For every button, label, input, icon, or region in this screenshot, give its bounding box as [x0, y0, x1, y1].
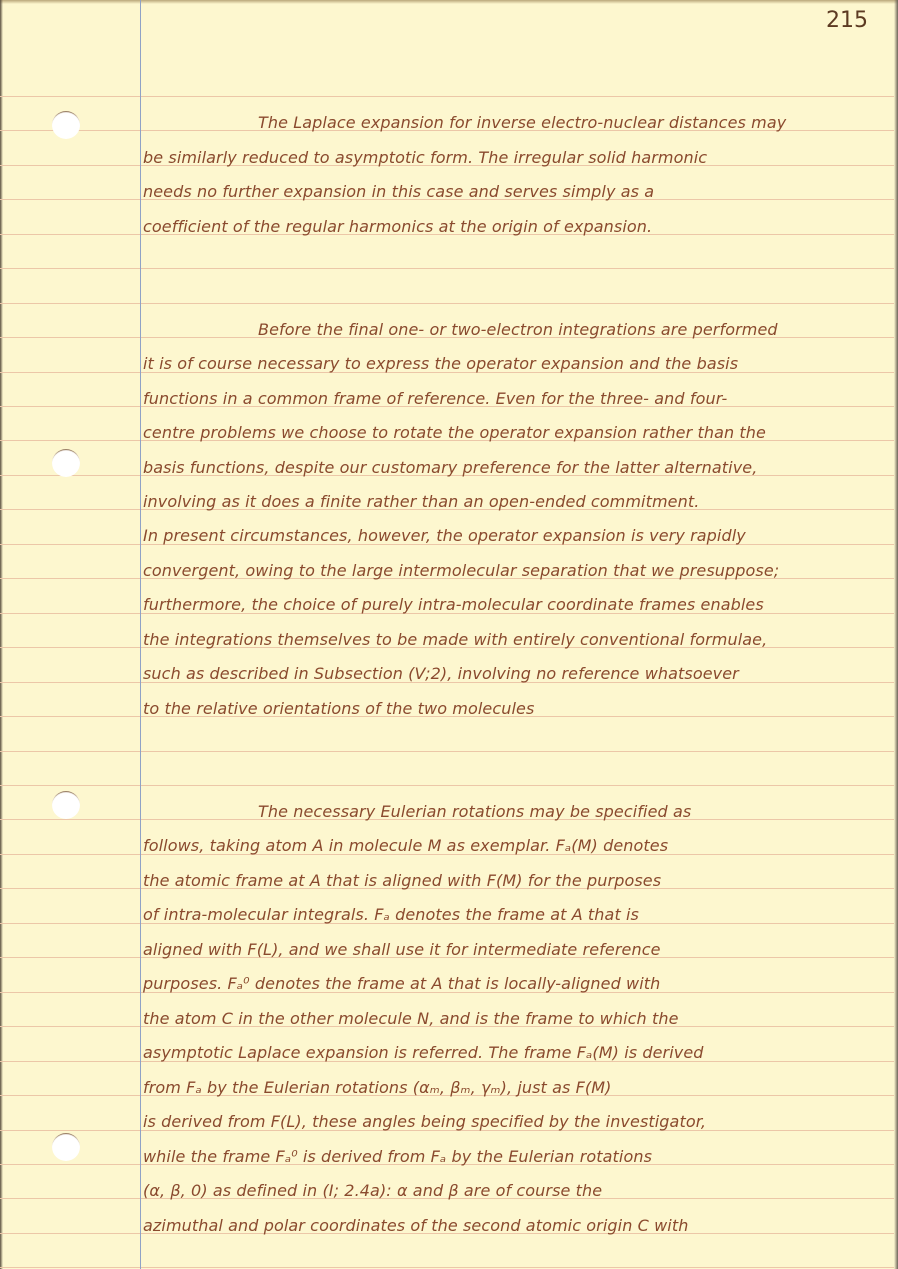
- rule-line: [0, 1267, 894, 1268]
- text-line: such as described in Subsection (V;2), i…: [143, 664, 739, 684]
- page-left-edge: [0, 0, 3, 1269]
- text-line: coefficient of the regular harmonics at …: [143, 217, 652, 237]
- text-line: purposes. Fₐ⁰ denotes the frame at A tha…: [143, 974, 660, 994]
- text-line: asymptotic Laplace expansion is referred…: [143, 1043, 704, 1063]
- text-line: basis functions, despite our customary p…: [143, 458, 757, 478]
- text-line: it is of course necessary to express the…: [143, 354, 738, 374]
- text-line: to the relative orientations of the two …: [143, 699, 534, 719]
- text-line: In present circumstances, however, the o…: [143, 526, 746, 546]
- rule-line: [0, 268, 894, 269]
- text-line: the atom C in the other molecule N, and …: [143, 1009, 679, 1029]
- text-line: centre problems we choose to rotate the …: [143, 423, 766, 443]
- text-line: (α, β, 0) as defined in (I; 2.4a): α and…: [143, 1181, 602, 1201]
- text-line: be similarly reduced to asymptotic form.…: [143, 148, 707, 168]
- text-line: needs no further expansion in this case …: [143, 182, 654, 202]
- text-line: of intra-molecular integrals. Fₐ denotes…: [143, 905, 639, 925]
- punch-hole: [52, 791, 80, 819]
- text-line: convergent, owing to the large intermole…: [143, 561, 779, 581]
- text-line: involving as it does a finite rather tha…: [143, 492, 699, 512]
- rule-line: [0, 96, 894, 97]
- text-line: while the frame Fₐ⁰ is derived from Fₐ b…: [143, 1147, 652, 1167]
- text-line: functions in a common frame of reference…: [143, 389, 727, 409]
- text-line: from Fₐ by the Eulerian rotations (αₘ, β…: [143, 1078, 612, 1098]
- text-line: The necessary Eulerian rotations may be …: [258, 802, 691, 822]
- punch-hole: [52, 449, 80, 477]
- text-line: the integrations themselves to be made w…: [143, 630, 767, 650]
- text-line: aligned with F(L), and we shall use it f…: [143, 940, 661, 960]
- page-right-edge: [894, 0, 898, 1269]
- text-line: furthermore, the choice of purely intra-…: [143, 595, 764, 615]
- punch-hole: [52, 111, 80, 139]
- punch-hole: [52, 1133, 80, 1161]
- text-line: Before the final one- or two-electron in…: [258, 320, 778, 340]
- text-line: The Laplace expansion for inverse electr…: [258, 113, 786, 133]
- text-line: follows, taking atom A in molecule M as …: [143, 836, 668, 856]
- rule-line: [0, 751, 894, 752]
- page-top-edge: [0, 0, 898, 4]
- text-line: the atomic frame at A that is aligned wi…: [143, 871, 661, 891]
- text-line: azimuthal and polar coordinates of the s…: [143, 1216, 688, 1236]
- rule-line: [0, 785, 894, 786]
- margin-line: [140, 0, 141, 1269]
- rule-line: [0, 303, 894, 304]
- notebook-page: 215 The Laplace expansion for inverse el…: [0, 0, 898, 1269]
- page-number: 215: [826, 8, 868, 33]
- text-line: is derived from F(L), these angles being…: [143, 1112, 706, 1132]
